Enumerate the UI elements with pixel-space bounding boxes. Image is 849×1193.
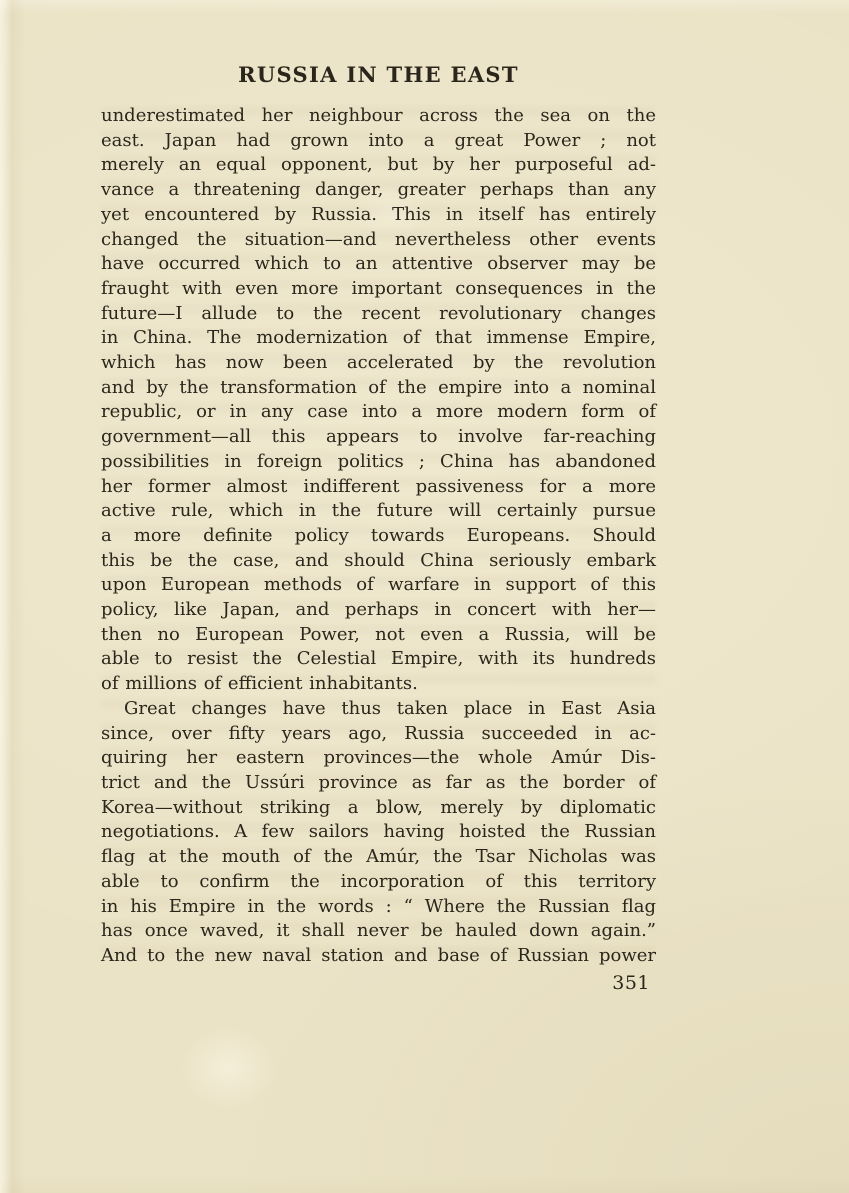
book-page: RUSSIA IN THE EAST underestimated her ne… [0,0,849,1193]
text-line: Great changes have thus taken place in E… [101,697,656,722]
text-line: quiring her eastern provinces—the whole … [101,746,656,771]
text-line: underestimated her neighbour across the … [101,104,656,129]
text-line: policy, like Japan, and perhaps in conce… [101,598,656,623]
text-line: changed the situation—and nevertheless o… [101,228,656,253]
text-line: in China. The modernization of that imme… [101,326,656,351]
text-line: republic, or in any case into a more mod… [101,400,656,425]
text-line: yet encountered by Russia. This in itsel… [101,203,656,228]
text-line: have occurred which to an attentive obse… [101,252,656,277]
text-line: in his Empire in the words : “ Where the… [101,895,656,920]
text-line: since, over fifty years ago, Russia succ… [101,722,656,747]
text-line: of millions of efficient inhabitants. [101,672,656,697]
text-line: and by the transformation of the empire … [101,376,656,401]
text-line: negotiations. A few sailors having hoist… [101,820,656,845]
text-line: active rule, which in the future will ce… [101,499,656,524]
text-line: Korea—without striking a blow, merely by… [101,796,656,821]
text-line: future—I allude to the recent revolution… [101,302,656,327]
text-line: east. Japan had grown into a great Power… [101,129,656,154]
text-line: possibilities in foreign politics ; Chin… [101,450,656,475]
text-line: her former almost indifferent passivenes… [101,475,656,500]
page-number: 351 [101,972,650,994]
text-line: able to resist the Celestial Empire, wit… [101,647,656,672]
text-line: merely an equal opponent, but by her pur… [101,153,656,178]
text-line: this be the case, and should China serio… [101,549,656,574]
text-line: then no European Power, not even a Russi… [101,623,656,648]
text-line: government—all this appears to involve f… [101,425,656,450]
text-line: flag at the mouth of the Amúr, the Tsar … [101,845,656,870]
body-text: underestimated her neighbour across the … [101,104,656,969]
text-line: And to the new naval station and base of… [101,944,656,969]
text-line: vance a threatening danger, greater perh… [101,178,656,203]
text-line: trict and the Ussúri province as far as … [101,771,656,796]
text-line: able to confirm the incorporation of thi… [101,870,656,895]
text-line: has once waved, it shall never be hauled… [101,919,656,944]
text-line: fraught with even more important consequ… [101,277,656,302]
text-line: upon European methods of warfare in supp… [101,573,656,598]
text-line: a more definite policy towards Europeans… [101,524,656,549]
running-head: RUSSIA IN THE EAST [101,62,656,87]
text-line: which has now been accelerated by the re… [101,351,656,376]
